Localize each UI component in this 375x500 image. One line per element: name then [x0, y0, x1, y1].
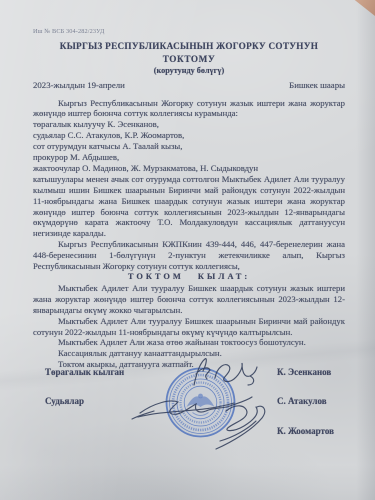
doc-place: Бишкек шаары	[289, 80, 345, 90]
composition-line: сот отурумдун катчысы А. Таалай кызы,	[33, 141, 345, 152]
signature-row: Төрагалык кылган К. Эсенканов	[45, 367, 345, 377]
signature-role: Төрагалык кылган	[45, 367, 124, 377]
doc-subtitle: (корутунду бөлүгү)	[33, 66, 345, 75]
document-body: Кыргыз Республикасынын Жогорку сотунун ж…	[33, 98, 345, 371]
doc-date: 2023-жылдын 19-апрели	[33, 80, 125, 90]
signature-row: Судьялар С. Атакулов	[45, 396, 345, 406]
signature-name: С. Атакулов	[277, 396, 327, 406]
resolution-paragraph: Мыктыбек Адилет Али тууралуу Бишкек шаар…	[33, 283, 345, 316]
signature-name: К. Эсенканов	[277, 367, 331, 377]
dateline: 2023-жылдын 19-апрели Бишкек шаары	[33, 80, 345, 90]
composition-line: жактоочулар О. Мадинов, Ж. Мурзакматова,…	[33, 163, 345, 174]
case-number: Иш № ВСБ 304-282/23УД	[33, 28, 345, 35]
legal-basis-paragraph: Кыргыз Республикасынын КЖПКнин 439-444, …	[33, 239, 345, 272]
composition-line: прокурор М. Абдышев,	[33, 152, 345, 163]
composition-line: судьялар С.С. Атакулов, К.Р. Жоомартов,	[33, 130, 345, 141]
doc-title-type: ТОКТОМУ	[33, 54, 345, 64]
background-corner	[349, 0, 375, 16]
signature-role: Судьялар	[45, 396, 84, 406]
document-page: Иш № ВСБ 304-282/23УД КЫРГЫЗ РЕСПУБЛИКАС…	[33, 28, 345, 370]
composition-line: төрагалык кылуучу К. Эсенканов,	[33, 119, 345, 130]
resolution-paragraph: Мыктыбек Адилет Али тууралуу Бишкек шаар…	[33, 316, 345, 338]
document-photo: Иш № ВСБ 304-282/23УД КЫРГЫЗ РЕСПУБЛИКАС…	[0, 0, 375, 500]
doc-title-court: КЫРГЫЗ РЕСПУБЛИКАСЫНЫН ЖОГОРКУ СОТУНУН	[33, 41, 345, 51]
signature-zhoomartov	[216, 406, 265, 449]
resolution-heading: ТОКТОМ КЫЛАТ:	[33, 272, 345, 283]
intro-paragraph: Кыргыз Республикасынын Жогорку сотунун ж…	[33, 98, 345, 120]
case-description-paragraph: катышуулары менен ачык сот отурумда сотт…	[33, 174, 345, 239]
signature-name: К. Жоомартов	[277, 426, 334, 436]
